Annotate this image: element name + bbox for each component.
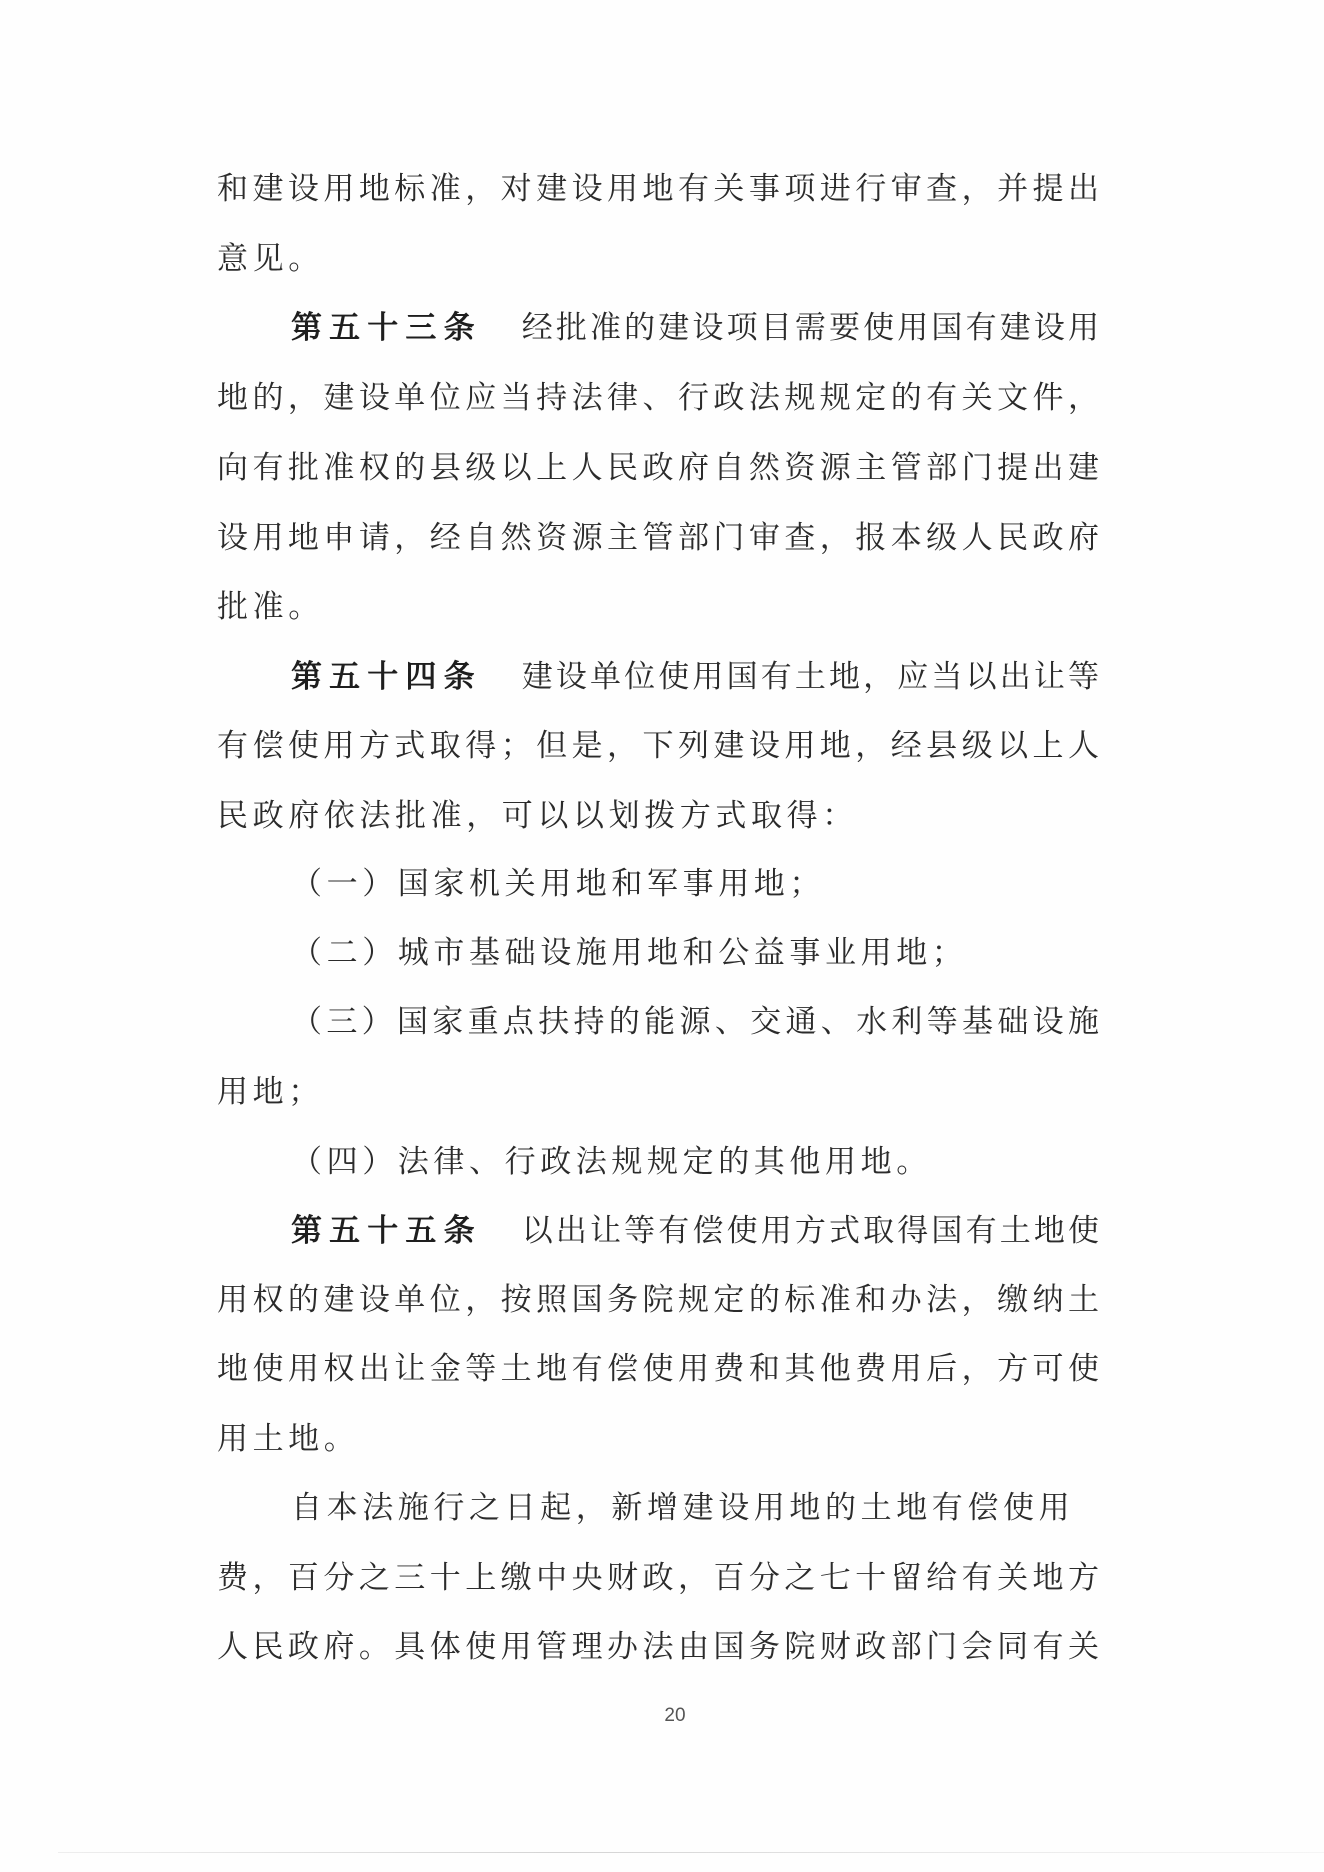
article-heading: 第五十四条: [291, 659, 482, 695]
body-line: 向有批准权的县级以上人民政府自然资源主管部门提出建: [217, 448, 1099, 488]
list-item-4: （四）法律、行政法规规定的其他用地。: [291, 1142, 1099, 1182]
body-line: 用土地。: [217, 1419, 1099, 1459]
body-line: 设用地申请，经自然资源主管部门审查，报本级人民政府: [217, 518, 1099, 558]
body-line: 地使用权出让金等土地有偿使用费和其他费用后，方可使: [217, 1349, 1099, 1389]
body-line: 批准。: [217, 587, 1099, 627]
body-line: 人民政府。具体使用管理办法由国务院财政部门会同有关: [217, 1627, 1099, 1667]
body-line: 费，百分之三十上缴中央财政，百分之七十留给有关地方: [217, 1558, 1099, 1598]
article-heading: 第五十三条: [291, 310, 482, 346]
document-page: 和建设用地标准，对建设用地有关事项进行审查，并提出 意见。 第五十三条经批准的建…: [0, 0, 1324, 1872]
article-53-first-line: 第五十三条经批准的建设项目需要使用国有建设用: [291, 308, 1099, 348]
body-line: 和建设用地标准，对建设用地有关事项进行审查，并提出: [217, 169, 1099, 209]
body-text: 经批准的建设项目需要使用国有建设用: [522, 310, 1099, 346]
page-number: 20: [645, 1705, 705, 1727]
scan-edge-line: [58, 1852, 1324, 1853]
body-line: 用权的建设单位，按照国务院规定的标准和办法，缴纳土: [217, 1280, 1099, 1320]
article-55-first-line: 第五十五条以出让等有偿使用方式取得国有土地使: [291, 1211, 1099, 1251]
body-line: 自本法施行之日起，新增建设用地的土地有偿使用: [291, 1488, 1099, 1528]
body-line: 地的，建设单位应当持法律、行政法规规定的有关文件，: [217, 378, 1099, 418]
body-line: 有偿使用方式取得；但是，下列建设用地，经县级以上人: [217, 726, 1099, 766]
article-54-first-line: 第五十四条建设单位使用国有土地，应当以出让等: [291, 657, 1099, 697]
body-text: 以出让等有偿使用方式取得国有土地使: [522, 1213, 1099, 1249]
body-text: 建设单位使用国有土地，应当以出让等: [522, 659, 1099, 695]
article-heading: 第五十五条: [291, 1213, 482, 1249]
body-line: 民政府依法批准，可以以划拨方式取得：: [217, 796, 1099, 836]
list-item-3-continuation: 用地；: [217, 1072, 1099, 1112]
body-line: 意见。: [217, 239, 1099, 279]
list-item-3: （三）国家重点扶持的能源、交通、水利等基础设施: [291, 1002, 1099, 1042]
list-item-2: （二）城市基础设施用地和公益事业用地；: [291, 933, 1099, 973]
list-item-1: （一）国家机关用地和军事用地；: [291, 864, 1099, 904]
